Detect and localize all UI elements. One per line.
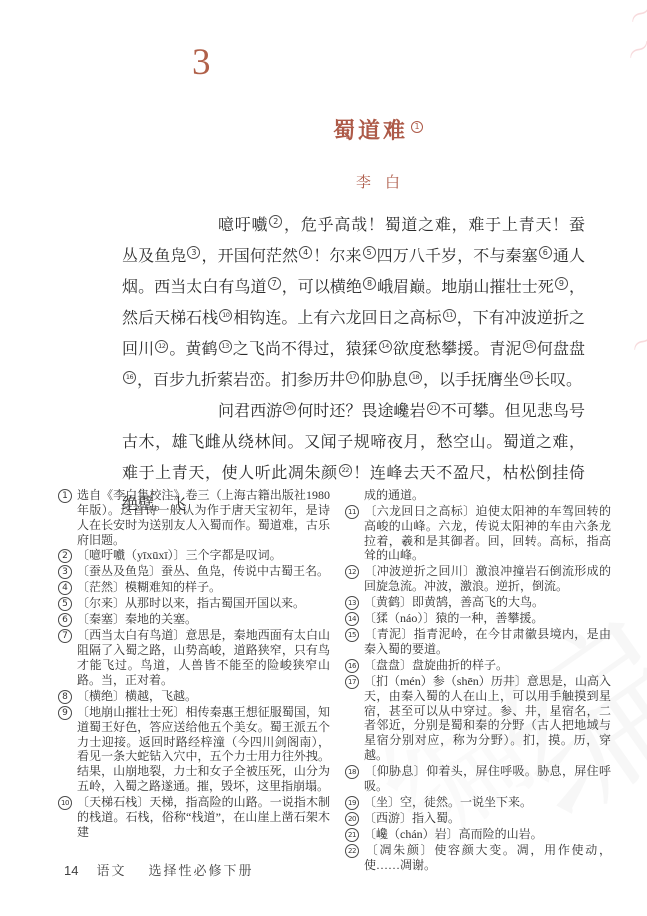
- footnote-item: 3〔蚕丛及鱼凫〕蚕丛、鱼凫，传说中古蜀王名。: [58, 564, 330, 579]
- footnote-ref-21: 21: [427, 402, 440, 415]
- watermark-fragment: 〜: [622, 33, 647, 70]
- footnote-ref-12: 12: [155, 340, 168, 353]
- footnote-ref-9: 9: [555, 277, 568, 290]
- poem-text: 噫吁嚱2，危乎高哉！蜀道之难，难于上青天！蚕丛及鱼凫3，开国何茫然4！尔来5四万…: [122, 210, 585, 520]
- footnote-text: 〔凋朱颜〕使容颜大变。凋，用作使动，使……凋谢。: [364, 843, 611, 872]
- footnote-ref-15: 15: [523, 340, 536, 353]
- footnote-ref-18: 18: [345, 765, 359, 779]
- footnote-item: 22〔凋朱颜〕使容颜大变。凋，用作使动，使……凋谢。: [345, 843, 611, 873]
- page-footer: 14语文选择性必修下册: [64, 860, 254, 879]
- footnote-ref-20: 20: [345, 812, 359, 826]
- footnote-ref-17: 17: [345, 675, 359, 689]
- footnote-ref-10: 10: [58, 796, 72, 810]
- footnote-ref-2: 2: [58, 549, 72, 563]
- footnote-ref-13: 13: [219, 340, 232, 353]
- footnote-item: 12〔冲波逆折之回川〕激浪冲撞岩石倒流形成的回旋急流。冲波，激浪。逆折，倒流。: [345, 564, 611, 594]
- poem-paragraph: 噫吁嚱2，危乎高哉！蜀道之难，难于上青天！蚕丛及鱼凫3，开国何茫然4！尔来5四万…: [122, 210, 585, 396]
- footnote-ref-5: 5: [58, 597, 72, 611]
- footnote-text: 〔青泥〕指青泥岭，在今甘肃徽县境内，是由秦入蜀的要道。: [364, 627, 611, 656]
- footnote-text: 〔坐〕空，徒然。一说坐下来。: [364, 795, 532, 809]
- footnote-ref-8: 8: [58, 690, 72, 704]
- subject-label: 语文: [96, 863, 126, 878]
- footnote-item: 20〔西游〕指入蜀。: [345, 811, 611, 826]
- footnote-text: 〔冲波逆折之回川〕激浪冲撞岩石倒流形成的回旋急流。冲波，激浪。逆折，倒流。: [364, 564, 611, 593]
- footnote-ref-19: 19: [520, 371, 533, 384]
- footnote-item: 5〔尔来〕从那时以来，指古蜀国开国以来。: [58, 596, 330, 611]
- footnote-text: 〔盘盘〕盘旋曲折的样子。: [364, 658, 508, 672]
- footnote-text: 〔黄鹤〕即黄鹄，善高飞的大鸟。: [364, 595, 544, 609]
- footnote-column-left: 1选自《李白集校注》卷三（上海古籍出版社1980年版）。这首诗一般认为作于唐天宝…: [58, 488, 330, 873]
- watermark-fragment: 〜: [626, 325, 647, 362]
- footnote-ref-4: 4: [58, 581, 72, 595]
- footnote-ref-17: 17: [346, 371, 359, 384]
- volume-label: 选择性必修下册: [148, 863, 253, 878]
- footnote-text: 〔蚕丛及鱼凫〕蚕丛、鱼凫，传说中古蜀王名。: [77, 564, 329, 578]
- footnote-ref-3: 3: [58, 565, 72, 579]
- footnote-ref-16: 16: [345, 659, 359, 673]
- footnote-ref-14: 14: [345, 612, 359, 626]
- footnote-text: 〔猱（náo）〕猿的一种，善攀援。: [364, 611, 543, 625]
- footnote-ref-2: 2: [269, 215, 282, 228]
- footnote-ref-6: 6: [58, 613, 72, 627]
- footnote-ref-22: 22: [339, 464, 352, 477]
- footnote-ref-7: 7: [58, 629, 72, 643]
- footnotes-section: 1选自《李白集校注》卷三（上海古籍出版社1980年版）。这首诗一般认为作于唐天宝…: [58, 488, 611, 873]
- footnote-item: 7〔西当太白有鸟道〕意思是，秦地西面有太白山阻隔了入蜀之路，山势高峻，道路狭窄，…: [58, 628, 330, 687]
- footnote-item: 13〔黄鹤〕即黄鹄，善高飞的大鸟。: [345, 595, 611, 610]
- footnote-text: 〔噫吁嚱（yīxūxī）〕三个字都是叹词。: [77, 548, 282, 562]
- footnote-item: 16〔盘盘〕盘旋曲折的样子。: [345, 658, 611, 673]
- footnote-ref-20: 20: [283, 402, 296, 415]
- footnote-text: 〔尔来〕从那时以来，指古蜀国开国以来。: [77, 596, 305, 610]
- footnote-item: 1选自《李白集校注》卷三（上海古籍出版社1980年版）。这首诗一般认为作于唐天宝…: [58, 488, 330, 547]
- footnote-text: 〔西当太白有鸟道〕意思是，秦地西面有太白山阻隔了入蜀之路，山势高峻，道路狭窄，只…: [77, 628, 330, 687]
- footnote-text: 〔横绝〕横越，飞越。: [77, 689, 197, 703]
- footnote-ref-12: 12: [345, 565, 359, 579]
- footnote-continuation: 成的通道。: [345, 488, 611, 503]
- footnote-column-right: 成的通道。 11〔六龙回日之高标〕迫使太阳神的车驾回转的高峻的山峰。六龙，传说太…: [345, 488, 611, 873]
- footnote-ref-10: 10: [219, 309, 232, 322]
- footnote-item: 6〔秦塞〕秦地的关塞。: [58, 612, 330, 627]
- footnote-ref-4: 4: [299, 246, 312, 259]
- footnote-ref-15: 15: [345, 628, 359, 642]
- chapter-number: 3: [192, 44, 211, 81]
- footnote-text: 〔扪（mén）参（shēn）历井〕意思是，山高入天，由秦入蜀的人在山上，可以用手…: [364, 674, 611, 762]
- footnote-item: 9〔地崩山摧壮士死〕相传秦惠王想征服蜀国，知道蜀王好色，答应送给他五个美女。蜀王…: [58, 705, 330, 794]
- footnote-item: 4〔茫然〕模糊难知的样子。: [58, 580, 330, 595]
- footnote-ref-19: 19: [345, 796, 359, 810]
- footnote-ref-14: 14: [379, 340, 392, 353]
- footnote-ref-5: 5: [363, 246, 376, 259]
- footnote-item: 14〔猱（náo）〕猿的一种，善攀援。: [345, 611, 611, 626]
- footnote-text: 选自《李白集校注》卷三（上海古籍出版社1980年版）。这首诗一般认为作于唐天宝初…: [77, 488, 330, 547]
- watermark-fragment: 〜: [624, 0, 647, 33]
- footnote-item: 18〔仰胁息〕仰着头，屏住呼吸。胁息，屏住呼吸。: [345, 764, 611, 794]
- footnote-item: 2〔噫吁嚱（yīxūxī）〕三个字都是叹词。: [58, 548, 330, 563]
- footnote-ref-8: 8: [363, 277, 376, 290]
- footnote-text: 〔巉（chán）岩〕高而险的山岩。: [364, 827, 543, 841]
- footnote-ref-7: 7: [268, 277, 281, 290]
- footnote-text: 〔茫然〕模糊难知的样子。: [77, 580, 221, 594]
- footnote-text: 〔地崩山摧壮士死〕相传秦惠王想征服蜀国，知道蜀王好色，答应送给他五个美女。蜀王派…: [77, 705, 330, 793]
- footnote-item: 11〔六龙回日之高标〕迫使太阳神的车驾回转的高峻的山峰。六龙，传说太阳神的车由六…: [345, 504, 611, 563]
- footnote-item: 15〔青泥〕指青泥岭，在今甘肃徽县境内，是由秦入蜀的要道。: [345, 627, 611, 657]
- textbook-page: 3 蜀道难1 李白 噫吁嚱2，危乎高哉！蜀道之难，难于上青天！蚕丛及鱼凫3，开国…: [0, 0, 647, 916]
- footnote-text: 〔秦塞〕秦地的关塞。: [77, 612, 197, 626]
- lesson-title: 蜀道难: [333, 118, 408, 143]
- lesson-title-row: 蜀道难1: [122, 116, 634, 146]
- footnote-ref-22: 22: [345, 844, 359, 858]
- footnote-item: 10〔天梯石栈〕天梯，指高险的山路。一说指木制的栈道。石栈，俗称“栈道”，在山崖…: [58, 795, 330, 840]
- footnote-ref-11: 11: [345, 505, 359, 519]
- footnote-ref-1: 1: [58, 489, 72, 503]
- footnote-ref-13: 13: [345, 596, 359, 610]
- footnote-ref-11: 11: [443, 309, 456, 322]
- title-footnote-ref: 1: [411, 121, 423, 133]
- footnote-text: 〔仰胁息〕仰着头，屏住呼吸。胁息，屏住呼吸。: [364, 764, 611, 793]
- footnote-text: 〔西游〕指入蜀。: [364, 811, 460, 825]
- footnote-ref-9: 9: [58, 706, 72, 720]
- footnote-item: 8〔横绝〕横越，飞越。: [58, 689, 330, 704]
- author-name: 李白: [122, 172, 634, 194]
- footnote-ref-3: 3: [187, 246, 200, 259]
- footnote-ref-6: 6: [539, 246, 552, 259]
- footnote-text: 〔天梯石栈〕天梯，指高险的山路。一说指木制的栈道。石栈，俗称“栈道”，在山崖上凿…: [77, 795, 330, 839]
- footnote-text: 〔六龙回日之高标〕迫使太阳神的车驾回转的高峻的山峰。六龙，传说太阳神的车由六条龙…: [364, 504, 611, 563]
- footnote-ref-18: 18: [409, 371, 422, 384]
- footnote-item: 19〔坐〕空，徒然。一说坐下来。: [345, 795, 611, 810]
- footnote-ref-16: 16: [123, 371, 136, 384]
- footnote-item: 21〔巉（chán）岩〕高而险的山岩。: [345, 827, 611, 842]
- page-number: 14: [64, 863, 78, 878]
- footnote-item: 17〔扪（mén）参（shēn）历井〕意思是，山高入天，由秦入蜀的人在山上，可以…: [345, 674, 611, 763]
- footnote-ref-21: 21: [345, 828, 359, 842]
